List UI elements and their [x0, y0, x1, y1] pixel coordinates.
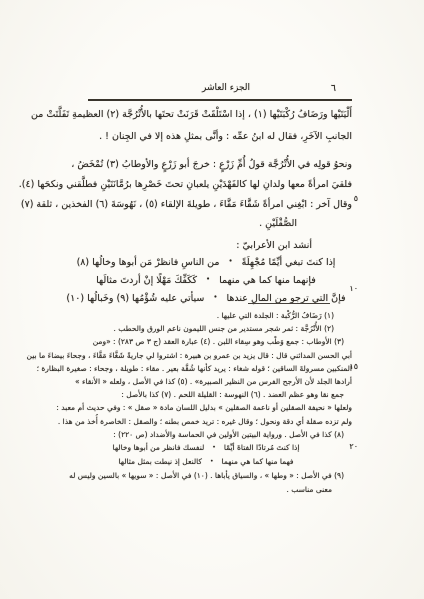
footnote-line: معنى مناسب .	[60, 483, 352, 496]
footnote-line: أبي الحسن المدائني قال : قال يزيد بن عمر…	[60, 349, 352, 362]
hemistich-second: كالنعل إذ نيطت بمثل مثالها	[118, 455, 202, 468]
footnote-line: ولم تزده صقلة أي دقة ونحول ؛ وقال غيره :…	[60, 415, 352, 428]
footnotes-block: (١) رَضَافُ الرُّكْبة : الجلدة التي عليه…	[60, 309, 352, 496]
footnote-line: (٣) الأوطاب : جمع وَطْب وهو سِقاء اللبن …	[60, 335, 352, 348]
poem-verse: فإنهما منها كما هي منهما • كَكَفِّكَ مَه…	[60, 272, 352, 290]
scanned-book-page: الجزء العاشر ٦ ٥ ١٠ ١٥ ٢٠ أَلْيَتَيْها و…	[0, 0, 424, 599]
hemistich-first: إذا كنتَ تبغي أيِّمًا مُجْهِلَةً	[242, 254, 336, 272]
footnote-line: (٩) في الأصل : « وطها » ، والسياق يأباها…	[60, 469, 352, 482]
footnote-line: (٨) كذا في الأصل . ورواية البيتين الأولي…	[60, 428, 352, 441]
footnote-line: جمع نقا وهو عظم العضد . (٦) النهوسة : ال…	[60, 388, 352, 401]
poem-intro-line: أنشد ابن الأعرابيّ :	[60, 238, 352, 254]
verse-separator-dot: •	[212, 441, 216, 454]
footnote-separator-rule	[248, 303, 330, 304]
footnote-line: (٢) الأُتْرُجَّة : ثمر شجر مستدير من جنس…	[60, 322, 352, 335]
body-line: ونحوُ قولِه في الأُتْرُجَّة قولُ أُمِّ ز…	[60, 155, 352, 175]
poem-verse: فإنَّ التي ترجو من المالِ عندها • سيأتي …	[60, 290, 352, 308]
body-line: الصُّقْلَيْنِ .	[60, 215, 352, 232]
hemistich-first: فهما منها كما هي منهما	[222, 455, 294, 468]
main-text-block: أَلْيَتَيْها ورَضَافُ رُكْبَتَيْها (١) ،…	[60, 104, 352, 308]
hemistich-second: سيأتي عليه شُؤْمُها (٩) وخَبالُها (١٠)	[66, 290, 204, 308]
verse-separator-dot: •	[206, 270, 210, 288]
footnote-line: ولعلها « نحيفة الصقلين أو ناعمة الصقلين …	[60, 401, 352, 414]
footnote-verse: فهما منها كما هي منهما • كالنعل إذ نيطت …	[60, 455, 352, 469]
footnote-line: المنكبين مسرولةَ الساقين ؛ قوله شغاء : ي…	[60, 362, 352, 375]
margin-line-number-5: ٥	[354, 193, 358, 205]
hemistich-first: إذا كنتَ مُرتادًا الفتاةَ أيِّمًا	[224, 441, 300, 454]
body-line: الجانبِ الآخَرِ، فقال له ابنُ عمِّه : وأ…	[60, 126, 352, 148]
footnote-line: (١) رَضَافُ الرُّكْبة : الجلدة التي عليه…	[60, 309, 352, 322]
body-line: أَلْيَتَيْها ورَضَافُ رُكْبَتَيْها (١) ،…	[60, 104, 352, 126]
hemistich-second: لنفسك فانظر من أبوها وخالها	[113, 441, 205, 454]
verse-separator-dot: •	[228, 252, 232, 270]
footnote-verse: إذا كنتَ مُرتادًا الفتاةَ أيِّمًا • لنفس…	[60, 441, 352, 455]
header-rule	[88, 99, 352, 101]
hemistich-first: فإنهما منها كما هي منهما	[219, 272, 316, 290]
hemistich-second: من الناسِ فانظرْ مَن أبوها وخالُها (٨)	[77, 254, 220, 272]
verse-separator-dot: •	[210, 455, 214, 468]
footnote-line: أرادها الجلد لأن الأرجح الفرس من النظير …	[60, 375, 352, 388]
hemistich-second: كَكَفِّكَ مَهْلًا إنْ أردتَ مثالَها	[96, 272, 197, 290]
body-line: وقال آخر : ابْغِني امرأةً شَقَّاءَ مَقَّ…	[60, 195, 352, 215]
body-line: فلقيَ امرأةً معها ولدانِ لها كالفَهْدَيْ…	[60, 175, 352, 195]
header-part-title: الجزء العاشر	[202, 83, 250, 93]
header-page-number: ٦	[331, 83, 336, 94]
hemistich-first: فإنَّ التي ترجو من المالِ عندها	[227, 290, 346, 308]
verse-separator-dot: •	[213, 288, 217, 306]
